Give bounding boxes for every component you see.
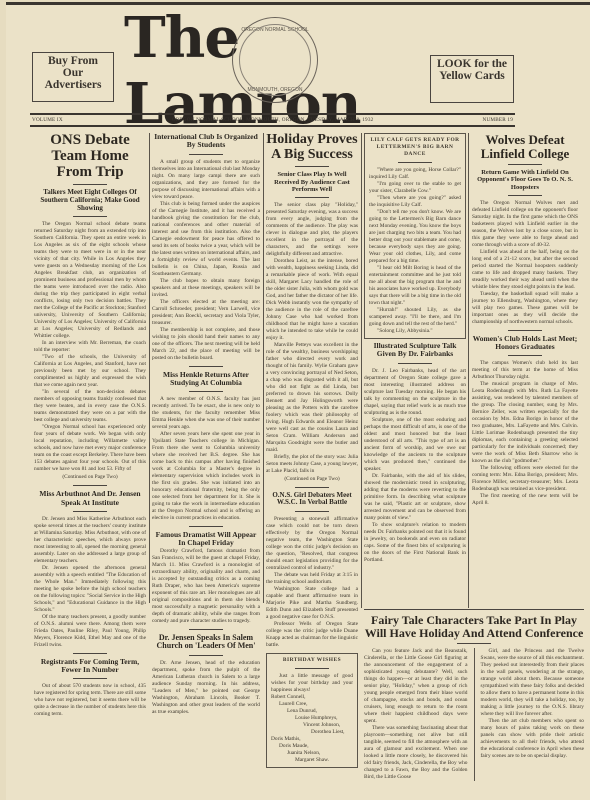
birthday-wishes-box: BIRTHDAY WISHES Just a little message of… [266, 653, 358, 768]
headline-jensen-salem: Dr. Jensen Speaks In Salem Church on 'Le… [152, 634, 260, 652]
article-girl-debaters: Presenting a stonewall affirmative case … [266, 516, 358, 649]
paragraph: Linfield was ahead at the half, being on… [472, 249, 578, 291]
paragraph: "I hear old Milt Boring is head of the e… [369, 265, 461, 307]
paragraph: "I'm going over to the stable to get you… [369, 181, 461, 195]
paragraph: This club is being formed under the ausp… [152, 201, 260, 278]
dateline: VOLUME IX OREGON NORMAL SCHOOL, MONMOUTH… [30, 113, 515, 127]
paragraph: Dorothy Crawford, famous dramatist from … [152, 548, 260, 625]
fairy-col-2: Girl, and the Princess and the Twelve Sw… [481, 648, 585, 781]
paragraph: The senior class play "Holiday," present… [266, 202, 358, 258]
article-registrants: Out of about 570 students now in school,… [34, 683, 146, 718]
birthday-name: Louise Humphreys, [271, 715, 353, 722]
article-intl-club: A small group of students met to organiz… [152, 159, 260, 362]
paragraph: The following officers were elected for … [472, 465, 578, 493]
birthday-name: Juanita Nelson, [271, 750, 353, 757]
paragraph: "In several of the non-decision debates … [34, 389, 146, 424]
birthday-message: Just a little message of good wishes for… [271, 673, 353, 694]
headline-arbuthnot: Miss Arbuthnot And Dr. Jensen Speak At I… [34, 490, 146, 507]
article-henkle: A new member of O.N.S. faculty has just … [152, 396, 260, 522]
birthday-name: Doris Mathis, [271, 736, 353, 743]
headline-wolves: Wolves Defeat Linfield College [472, 133, 578, 160]
paragraph: Dr. J. Leo Fairbanks, head of the art de… [364, 368, 466, 417]
paragraph: Dr. Jensen and Miss Katherine Arbuthnot … [34, 516, 146, 565]
headline-womens-club: Women's Club Holds Last Meet; Honors Gra… [472, 335, 578, 352]
volume: VOLUME IX [32, 117, 63, 123]
article-jensen-salem: Dr. Arne Jensen, head of the education d… [152, 660, 260, 716]
paragraph: Can you feature Jack and the Beanstalk, … [364, 648, 468, 725]
paragraph: Dr. Arne Jensen, head of the education d… [152, 660, 260, 716]
paragraph: Dr. Jensen opened the afternoon general … [34, 565, 146, 614]
paragraph: Presenting a stonewall affirmative case … [266, 516, 358, 572]
paragraph: "Hurrah!" shouted Lily, as she scampered… [369, 307, 461, 328]
paragraph: To show sculpture's relation to modern n… [364, 522, 466, 564]
birthday-name: Robert Connell, [271, 694, 353, 701]
paragraph: The Oregon Normal Wolves met and defeate… [472, 200, 578, 249]
paragraph: The Oregon Normal school debate teams re… [34, 221, 146, 340]
column-3: Holiday Proves A Big Success Senior Clas… [266, 133, 358, 800]
article-wolves: The Oregon Normal Wolves met and defeate… [472, 200, 578, 326]
column-4: LILY CALF GETS READY FOR LETTERMEN'S BIG… [364, 133, 466, 603]
paragraph: There was something fascinating about th… [364, 725, 468, 781]
article-debate: The Oregon Normal school debate teams re… [34, 221, 146, 473]
paragraph: The campus Women's club held its last me… [472, 360, 578, 381]
paragraph: Professor Wells of Oregon State college … [266, 621, 358, 649]
newspaper-page: Buy From Our Advertisers The Lamron OREG… [6, 2, 590, 800]
dateline-center: OREGON NORMAL SCHOOL, MONMOUTH, OREGON, … [172, 117, 374, 123]
article-womens-club: The campus Women's club held its last me… [472, 360, 578, 507]
paragraph: Of the many teachers present, a goodly n… [34, 614, 146, 649]
ad-yellow-cards: LOOK for the Yellow Cards [430, 55, 514, 103]
ad-buy-from-advertisers: Buy From Our Advertisers [32, 52, 114, 102]
paragraph: Dr. Fairbanks, with the aid of his slide… [364, 473, 466, 522]
paragraph: The club hopes to obtain many foreign sp… [152, 278, 260, 299]
paragraph: The first meeting of the new term will b… [472, 493, 578, 507]
fairy-tale-article: Fairy Tale Characters Take Part In Play … [364, 609, 584, 781]
column-5: Wolves Defeat Linfield College Return Ga… [472, 133, 578, 603]
paragraph: Manville Petteys was excellent in the ro… [266, 342, 358, 454]
paragraph: The officers elected at the meeting are:… [152, 299, 260, 327]
issue-number: NUMBER 19 [483, 117, 513, 123]
paragraph: "Where are you going, Horse Collar?" inq… [369, 167, 461, 181]
article-lily: "Where are you going, Horse Collar?" inq… [369, 167, 461, 335]
birthday-name: Laurell Cree, [271, 701, 353, 708]
headline-girl-debaters: O.N.S. Girl Debaters Meet W.S.C. In Verb… [266, 492, 358, 507]
birthday-name: Doris Maude, [271, 743, 353, 750]
paragraph: Tuesday, the basketball squad will make … [472, 291, 578, 326]
headline-registrants: Registrants For Coming Term, Fewer In Nu… [34, 658, 146, 675]
headline-holiday: Holiday Proves A Big Success [266, 133, 358, 162]
paragraph: Then the art club members who spent so m… [481, 718, 585, 760]
paragraph: Sculpture, one of the most enduring and … [364, 417, 466, 473]
headline-intl-club: International Club Is Organized By Stude… [152, 133, 260, 150]
paragraph: Dorothea Leist, as the intense, bored wi… [266, 258, 358, 342]
birthday-names: Robert Connell,Laurell Cree,Lena Dunrud,… [271, 694, 353, 764]
article-arbuthnot: Dr. Jensen and Miss Katherine Arbuthnot … [34, 516, 146, 649]
headline-henkle: Miss Henkle Returns After Studying At Co… [152, 371, 260, 388]
article-holiday: The senior class play "Holiday," present… [266, 202, 358, 475]
subhead-wolves: Return Game With Linfield On Opponent's … [472, 169, 578, 190]
column-2: International Club Is Organized By Stude… [152, 133, 260, 800]
birthday-name: Lena Dunrud, [271, 708, 353, 715]
paragraph: The membership is not complete, and thos… [152, 327, 260, 362]
paragraph: "Then where are you going?" asked the in… [369, 195, 461, 209]
headline-sculpture: Illustrated Sculpture Talk Given By Dr. … [364, 342, 466, 359]
fairy-col-1: Can you feature Jack and the Beanstalk, … [364, 648, 468, 781]
headline-dramatist: Famous Dramatist Will Appear In Chapel F… [152, 531, 260, 548]
birthday-name: Margaret Shaw. [271, 757, 353, 764]
lily-title: LILY CALF GETS READY FOR LETTERMEN'S BIG… [369, 137, 461, 158]
paragraph: In an interview with Mr. Berreman, the c… [34, 340, 146, 354]
column-1: ONS Debate Team Home From Trip Talkers M… [34, 133, 146, 800]
birthday-name: Dorothea Liest, [271, 729, 353, 736]
subhead-debate: Talkers Meet Eight Colleges Of Southern … [34, 189, 146, 212]
paragraph: Briefly, the plot of the story was: Juli… [266, 454, 358, 475]
continued-note: (Continued on Page Two) [266, 476, 358, 483]
paragraph: The musical program in charge of Mrs. Le… [472, 381, 578, 465]
paragraph: The debate was held Friday at 3:15 in th… [266, 572, 358, 586]
paragraph: Out of about 570 students now in school,… [34, 683, 146, 718]
continued-note: (Continued on Page Two) [34, 474, 146, 481]
paragraph: A small group of students met to organiz… [152, 159, 260, 201]
subhead-holiday: Senior Class Play Is Well Received By Au… [266, 171, 358, 192]
paragraph: Washington State college had a capable a… [266, 586, 358, 621]
paragraph: Girl, and the Princess and the Twelve Sw… [481, 648, 585, 718]
school-seal-icon: OREGON NORMAL SCHOOL MONMOUTH, OREGON [232, 17, 318, 103]
birthday-name: Vincent Johnson, [271, 722, 353, 729]
article-sculpture: Dr. J. Leo Fairbanks, head of the art de… [364, 368, 466, 564]
paragraph: "Solong Lily, Abbysinia." [369, 328, 461, 335]
article-dramatist: Dorothy Crawford, famous dramatist from … [152, 548, 260, 625]
paragraph: "Don't tell me you don't know. We are go… [369, 209, 461, 265]
paragraph: "Oregon Normal school has experienced on… [34, 424, 146, 473]
birthday-title: BIRTHDAY WISHES [271, 657, 353, 664]
paragraph: A new member of O.N.S. faculty has just … [152, 396, 260, 431]
lily-calf-box: LILY CALF GETS READY FOR LETTERMEN'S BIG… [364, 133, 466, 339]
headline-debate: ONS Debate Team Home From Trip [34, 133, 146, 180]
paragraph: After seven years here she spent one yea… [152, 431, 260, 522]
headline-fairy: Fairy Tale Characters Take Part In Play … [364, 614, 584, 639]
paragraph: "Two of the schools, the University of C… [34, 354, 146, 389]
